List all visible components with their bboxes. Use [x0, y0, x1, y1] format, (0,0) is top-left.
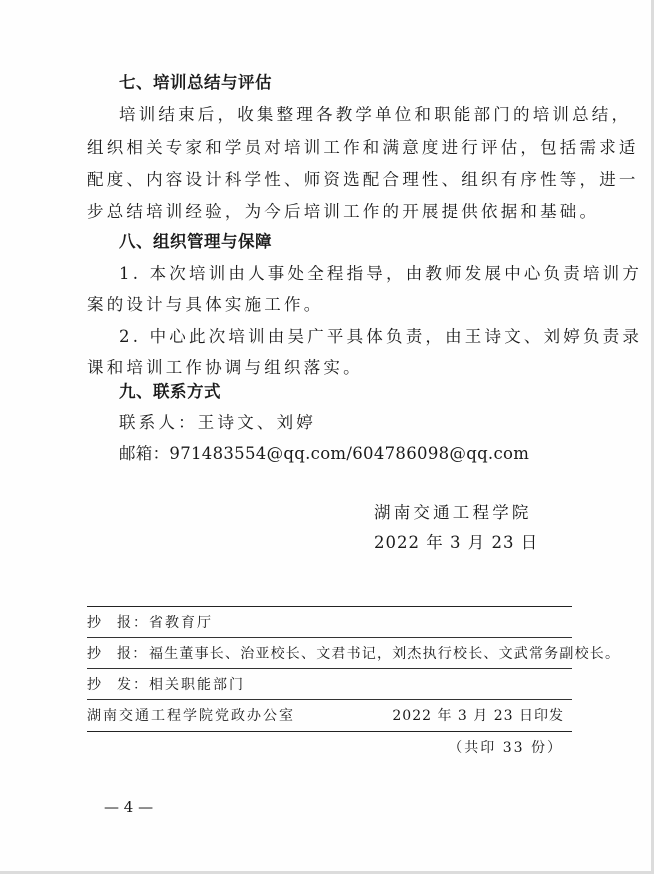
section-heading-evaluation: 七、培训总结与评估 [119, 73, 272, 93]
distribution-type: 发： [117, 675, 149, 695]
paragraph-line: 培训结束后，收集整理各教学单位和职能部门的培训总结， [119, 105, 631, 125]
paragraph-line: 2. 中心此次培训由吴广平具体负责，由王诗文、刘婷负责录 [119, 327, 642, 347]
divider [87, 606, 572, 607]
issuer-office: 湖南交通工程学院党政办公室 [87, 706, 295, 726]
contact-person: 联系人：王诗文、刘婷 [119, 413, 316, 433]
distribution-row: 抄 报： 省教育厅 [87, 613, 572, 633]
distribution-recipients: 福生董事长、治亚校长、文君书记，刘杰执行校长、文武常务副校长。 [149, 644, 620, 664]
distribution-label: 抄 [87, 675, 103, 695]
distribution-recipients: 相关职能部门 [149, 675, 245, 695]
page-number: — 4 — [104, 797, 153, 817]
issue-date: 2022 年 3 月 23 日印发 [392, 706, 564, 726]
copies-count: （共印 33 份） [448, 738, 563, 758]
distribution-label: 抄 [87, 644, 102, 664]
distribution-recipients: 省教育厅 [149, 613, 213, 633]
paragraph-line: 案的设计与具体实施工作。 [87, 295, 323, 315]
divider [87, 699, 572, 700]
document-page: 七、培训总结与评估 培训结束后，收集整理各教学单位和职能部门的培训总结， 组织相… [0, 0, 651, 871]
section-heading-organization: 八、组织管理与保障 [119, 232, 272, 252]
distribution-type: 报： [117, 613, 149, 633]
divider [87, 637, 572, 638]
paragraph-line: 组织相关专家和学员对培训工作和满意度进行评估，包括需求适 [87, 138, 639, 158]
contact-email: 邮箱：971483554@qq.com/604786098@qq.com [119, 444, 529, 464]
paragraph-line: 1. 本次培训由人事处全程指导，由教师发展中心负责培训方 [119, 264, 642, 284]
signature-date: 2022 年 3 月 23 日 [374, 533, 538, 553]
issuer-row: 湖南交通工程学院党政办公室 2022 年 3 月 23 日印发 [87, 706, 572, 726]
distribution-row: 抄 发： 相关职能部门 [87, 675, 572, 695]
paragraph-line: 课和培训工作协调与组织落实。 [87, 358, 363, 378]
distribution-row: 抄 报： 福生董事长、治亚校长、文君书记，刘杰执行校长、文武常务副校长。 [87, 644, 572, 664]
paragraph-line: 步总结培训经验，为今后培训工作的开展提供依据和基础。 [87, 202, 599, 222]
divider [87, 731, 572, 732]
distribution-label: 抄 [87, 613, 103, 633]
distribution-type: 报： [117, 644, 147, 664]
section-heading-contact: 九、联系方式 [119, 382, 221, 402]
signature-org: 湖南交通工程学院 [374, 503, 532, 523]
paragraph-line: 配度、内容设计科学性、师资选配合理性、组织有序性等，进一 [87, 170, 639, 190]
divider [87, 668, 572, 669]
